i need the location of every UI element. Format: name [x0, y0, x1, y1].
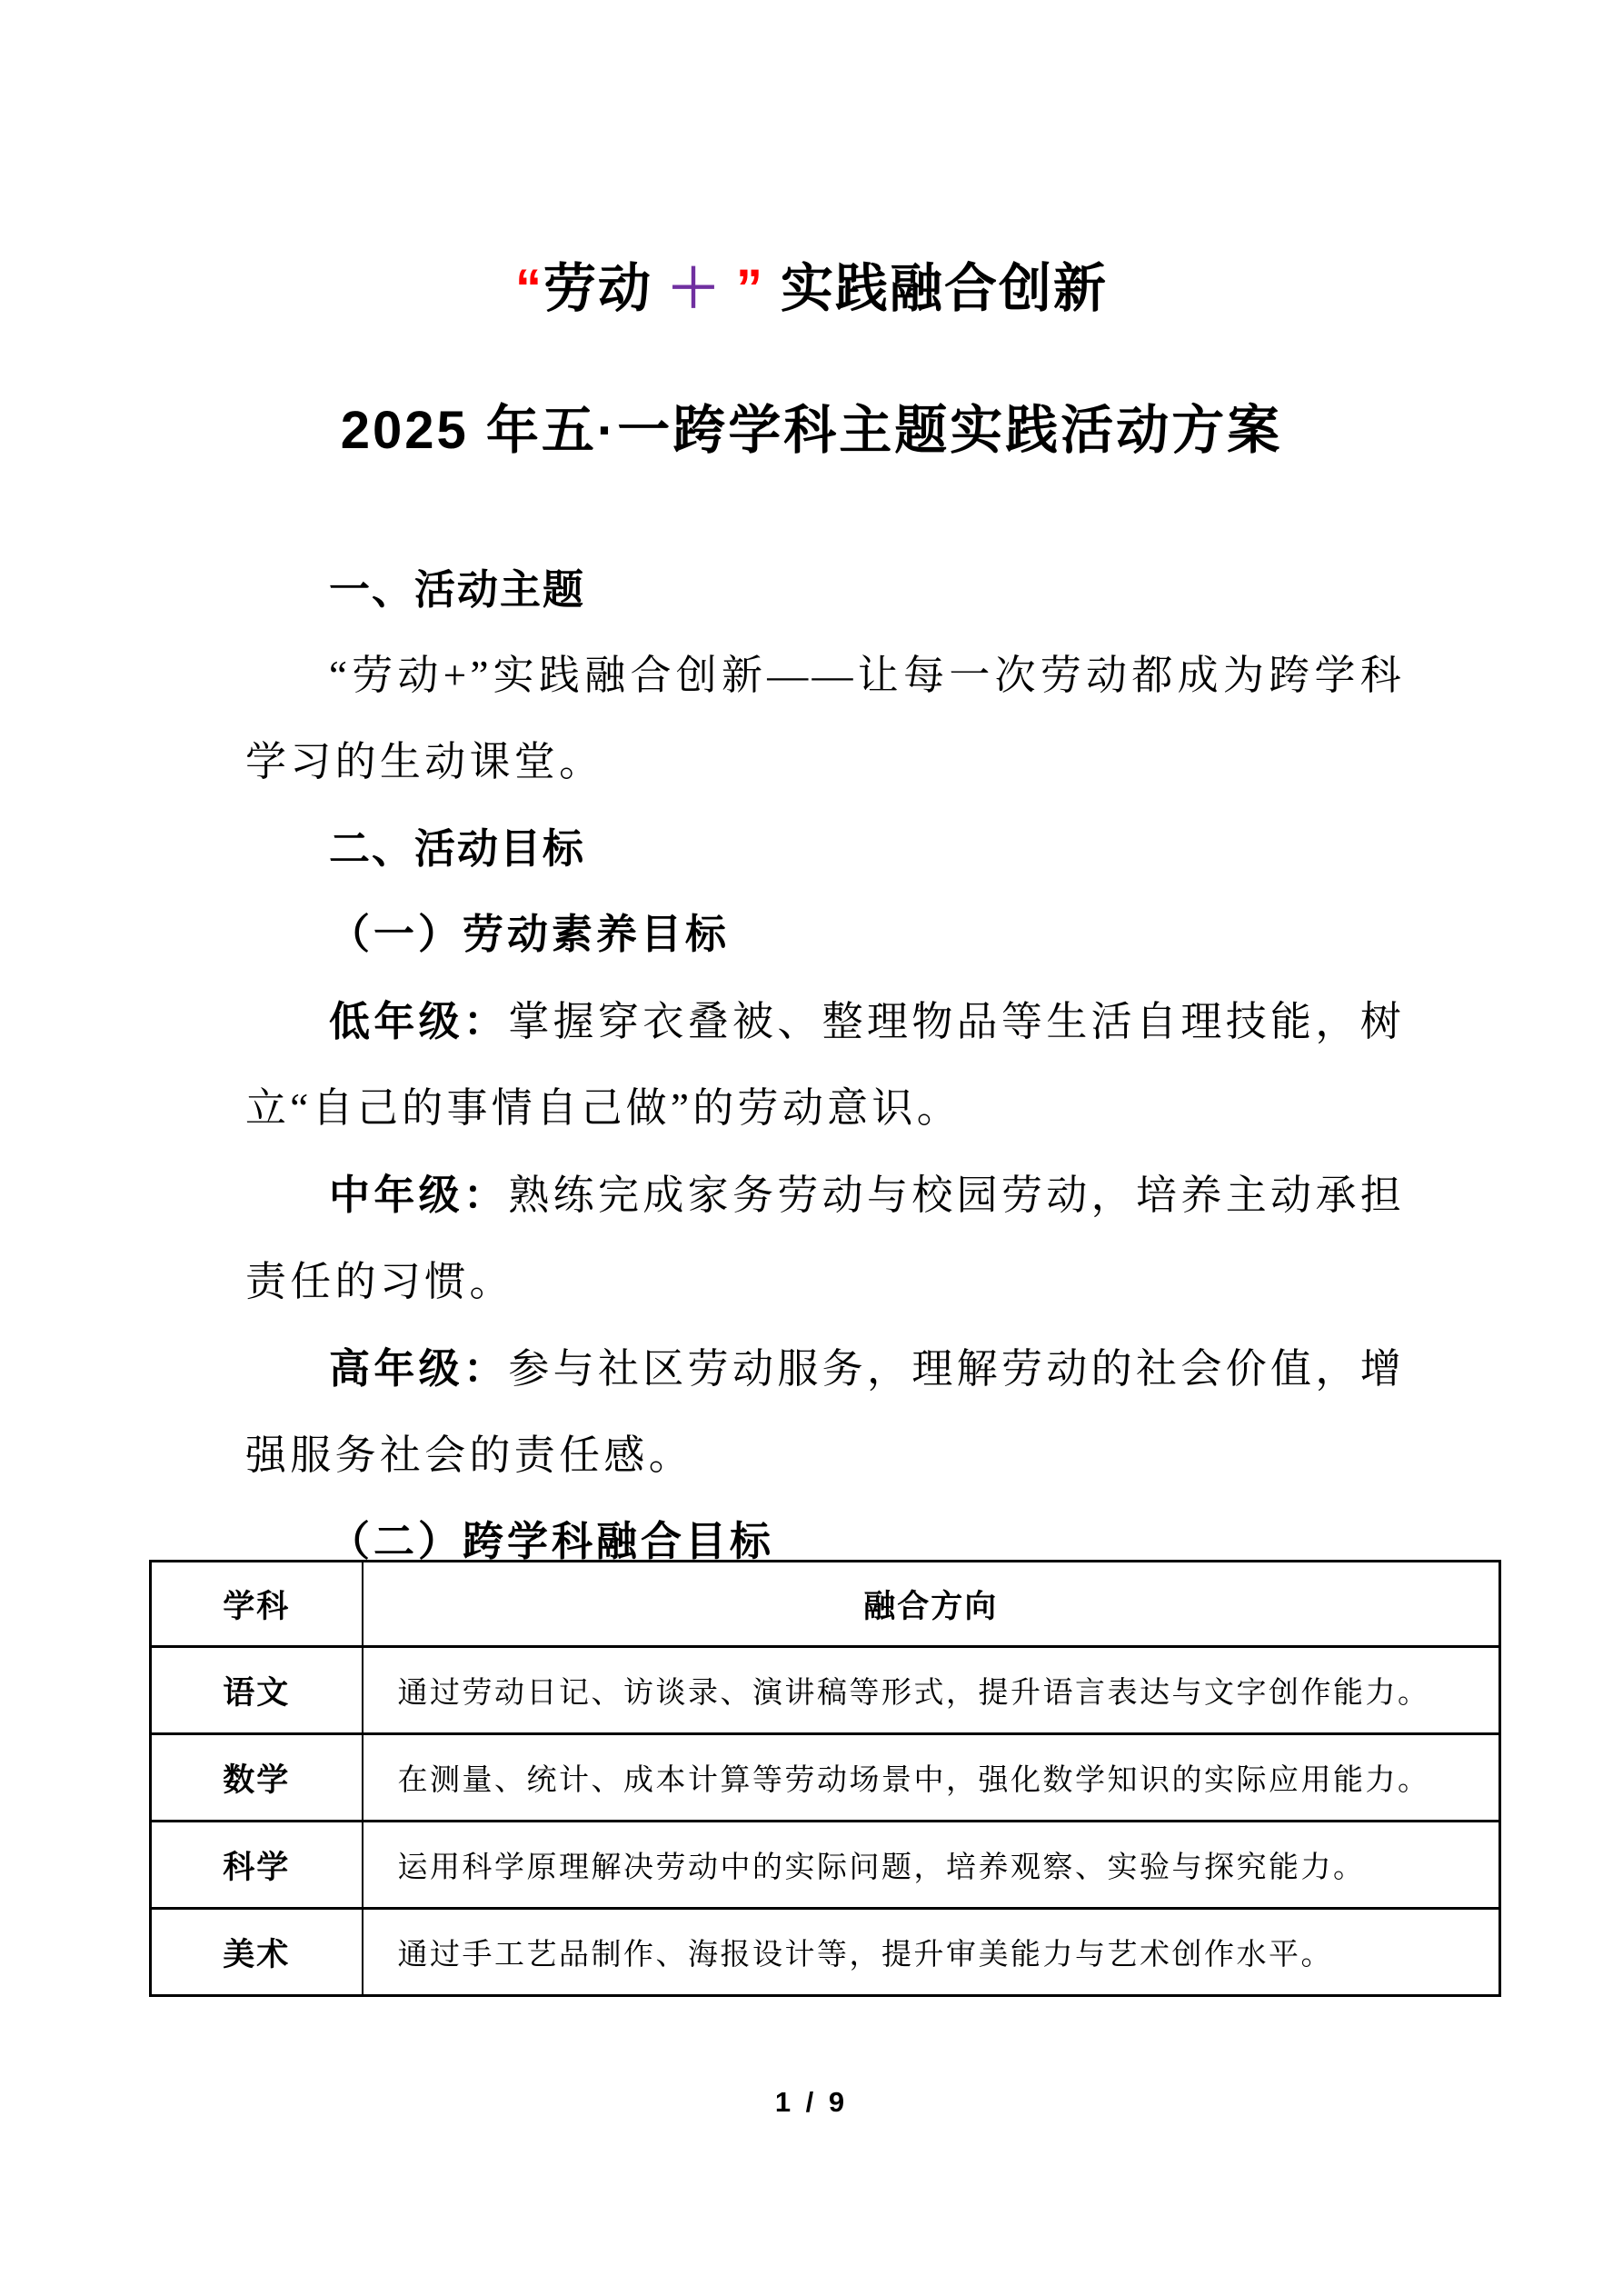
document-body: 一、活动主题 “劳动+”实践融合创新——让每一次劳动都成为跨学科学习的生动课堂。…: [149, 546, 1501, 1997]
grade-label-low: 低年级：: [329, 998, 508, 1044]
direction-cell-math: 在测量、统计、成本计算等劳动场景中，强化数学知识的实际应用能力。: [363, 1734, 1500, 1822]
direction-cell-science: 运用科学原理解决劳动中的实际问题，培养观察、实验与探究能力。: [363, 1822, 1500, 1909]
main-title-labor-text: 劳动: [543, 259, 652, 318]
subject-cell-science: 科学: [151, 1822, 363, 1909]
main-title-plus-sign: ＋: [667, 259, 722, 318]
page-number-indicator: 1 / 9: [0, 2086, 1623, 2119]
subject-cell-math: 数学: [151, 1734, 363, 1822]
subsection-labor-goals-heading: （一）劳动素养目标: [245, 892, 1405, 978]
section-2-heading: 二、活动目标: [245, 805, 1405, 892]
grade-label-high: 高年级：: [329, 1345, 508, 1392]
grade-label-middle: 中年级：: [329, 1172, 508, 1218]
table-row-chinese: 语文 通过劳动日记、访谈录、演讲稿等形式，提升语言表达与文字创作能力。: [151, 1647, 1500, 1734]
main-title-close-quote: ”: [736, 259, 764, 318]
document-page: “劳动＋”实践融合创新 2025 年五·一跨学科主题实践活动方案 一、活动主题 …: [0, 0, 1623, 2296]
main-title-open-quote: “: [515, 259, 543, 318]
section-1-heading: 一、活动主题: [245, 546, 1405, 633]
subject-cell-art: 美术: [151, 1909, 363, 1996]
subject-cell-chinese: 语文: [151, 1647, 363, 1734]
main-title: “劳动＋”实践融合创新: [0, 244, 1623, 334]
table-row-math: 数学 在测量、统计、成本计算等劳动场景中，强化数学知识的实际应用能力。: [151, 1734, 1500, 1822]
direction-cell-art: 通过手工艺品制作、海报设计等，提升审美能力与艺术创作水平。: [363, 1909, 1500, 1996]
table-row-art: 美术 通过手工艺品制作、海报设计等，提升审美能力与艺术创作水平。: [151, 1909, 1500, 1996]
table-row-science: 科学 运用科学原理解决劳动中的实际问题，培养观察、实验与探究能力。: [151, 1822, 1500, 1909]
section-1-paragraph: “劳动+”实践融合创新——让每一次劳动都成为跨学科学习的生动课堂。: [245, 633, 1405, 805]
subtitle: 2025 年五·一跨学科主题实践活动方案: [0, 385, 1623, 476]
direction-cell-chinese: 通过劳动日记、访谈录、演讲稿等形式，提升语言表达与文字创作能力。: [363, 1647, 1500, 1734]
grade-goal-high: 高年级：参与社区劳动服务，理解劳动的社会价值，增强服务社会的责任感。: [245, 1325, 1405, 1499]
subject-fusion-table: 学科 融合方向 语文 通过劳动日记、访谈录、演讲稿等形式，提升语言表达与文字创作…: [149, 1560, 1501, 1997]
grade-goal-middle: 中年级：熟练完成家务劳动与校园劳动，培养主动承担责任的习惯。: [245, 1152, 1405, 1325]
grade-goal-low: 低年级：掌握穿衣叠被、整理物品等生活自理技能，树立“自己的事情自己做”的劳动意识…: [245, 978, 1405, 1152]
main-title-rest-text: 实践融合创新: [781, 259, 1108, 318]
